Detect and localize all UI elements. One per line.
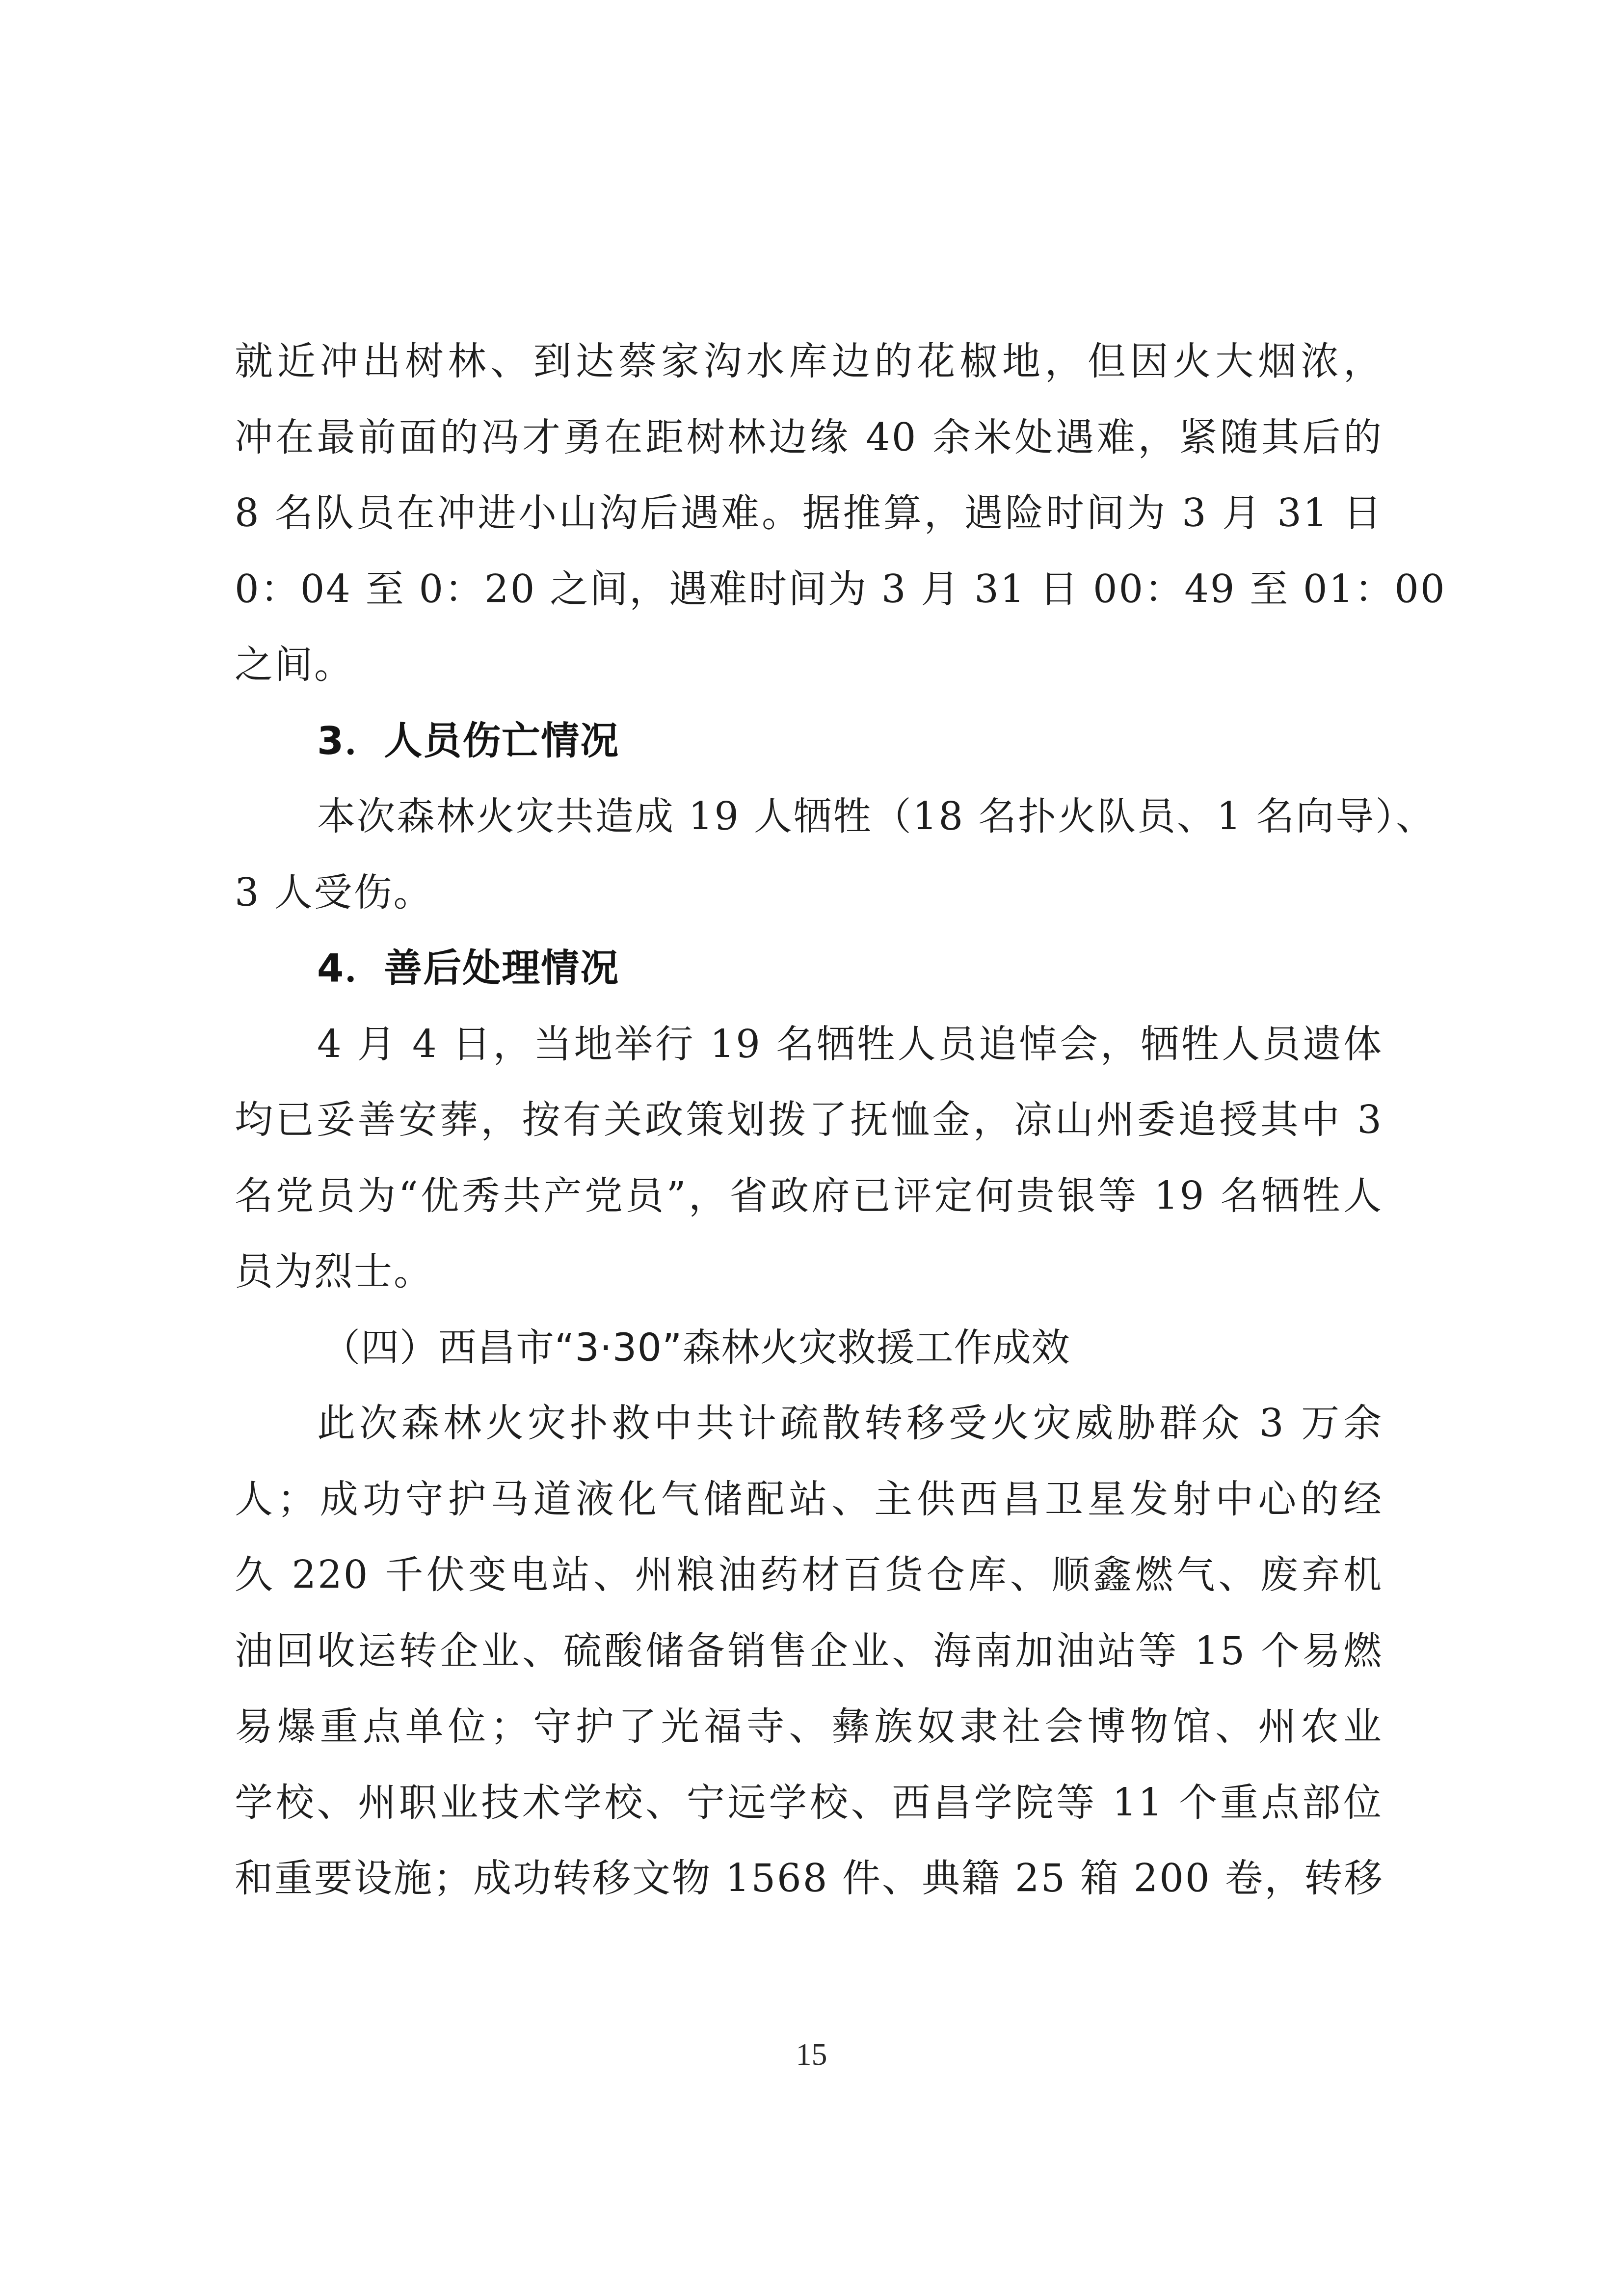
text-line: 4 月 4 日，当地举行 19 名牺牲人员追悼会，牺牲人员遗体 (235, 1007, 1383, 1083)
text-line: 冲在最前面的冯才勇在距树林边缘 40 余米处遇难，紧随其后的 (235, 400, 1383, 476)
paragraph-casualties: 本次森林火灾共造成 19 人牺牲（18 名扑火队员、1 名向导）、 3 人受伤。 (235, 779, 1383, 931)
text-line: 和重要设施；成功转移文物 1568 件、典籍 25 箱 200 卷，转移 (235, 1841, 1383, 1917)
text-line: 易爆重点单位；守护了光福寺、彝族奴隶社会博物馆、州农业 (235, 1689, 1383, 1765)
text-line: 人；成功守护马道液化气储配站、主供西昌卫星发射中心的经 (235, 1462, 1383, 1538)
text-line: 油回收运转企业、硫酸储备销售企业、海南加油站等 15 个易燃 (235, 1614, 1383, 1690)
document-page-body: 就近冲出树林、到达蔡家沟水库边的花椒地，但因火大烟浓， 冲在最前面的冯才勇在距树… (235, 324, 1383, 1917)
text-line: 久 220 千伏变电站、州粮油药材百货仓库、顺鑫燃气、废弃机 (235, 1538, 1383, 1614)
text-line: 8 名队员在冲进小山沟后遇难。据推算，遇险时间为 3 月 31 日 (235, 476, 1383, 552)
paragraph-rescue-timeline: 就近冲出树林、到达蔡家沟水库边的花椒地，但因火大烟浓， 冲在最前面的冯才勇在距树… (235, 324, 1383, 703)
text-line: 名党员为“优秀共产党员”，省政府已评定何贵银等 19 名牺牲人 (235, 1159, 1383, 1235)
page-number: 15 (0, 2036, 1623, 2073)
text-line: 3 人受伤。 (235, 855, 1383, 931)
heading-casualties: 3．人员伤亡情况 (235, 703, 1383, 780)
text-line: 此次森林火灾扑救中共计疏散转移受火灾威胁群众 3 万余 (235, 1386, 1383, 1462)
text-line: 之间。 (235, 627, 1383, 703)
text-line: 员为烈士。 (235, 1234, 1383, 1310)
text-line: 0：04 至 0：20 之间，遇难时间为 3 月 31 日 00：49 至 01… (235, 552, 1383, 628)
paragraph-rescue-results: 此次森林火灾扑救中共计疏散转移受火灾威胁群众 3 万余 人；成功守护马道液化气储… (235, 1386, 1383, 1917)
paragraph-aftermath: 4 月 4 日，当地举行 19 名牺牲人员追悼会，牺牲人员遗体 均已妥善安葬，按… (235, 1007, 1383, 1310)
text-line: 学校、州职业技术学校、宁远学校、西昌学院等 11 个重点部位 (235, 1765, 1383, 1841)
heading-aftermath: 4．善后处理情况 (235, 931, 1383, 1007)
section-heading-rescue-results: （四）西昌市“3·30”森林火灾救援工作成效 (235, 1310, 1383, 1386)
text-line: 均已妥善安葬，按有关政策划拨了抚恤金，凉山州委追授其中 3 (235, 1082, 1383, 1159)
text-line: 就近冲出树林、到达蔡家沟水库边的花椒地，但因火大烟浓， (235, 324, 1383, 400)
text-line: 本次森林火灾共造成 19 人牺牲（18 名扑火队员、1 名向导）、 (235, 779, 1383, 855)
